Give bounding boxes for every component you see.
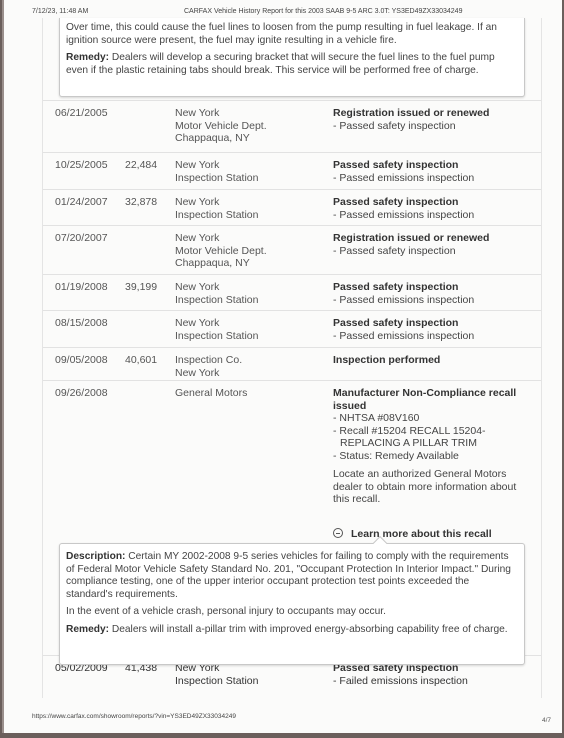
record-source: New YorkInspection Station — [175, 196, 258, 221]
source-line: New York — [175, 281, 258, 294]
callout-consequence: In the event of a vehicle crash, persona… — [66, 606, 518, 619]
history-record-row: 10/25/200522,484New YorkInspection Stati… — [43, 152, 541, 189]
record-detail-item: - Failed emissions inspection — [333, 675, 533, 688]
report-page: 7/12/23, 11:48 AM CARFAX Vehicle History… — [2, 0, 562, 733]
record-title: Passed safety inspection — [333, 281, 533, 294]
record-details: Passed safety inspection- Passed emissio… — [333, 159, 533, 184]
source-line: Inspection Co. — [175, 354, 242, 367]
record-date: 09/05/2008 — [55, 354, 108, 367]
record-detail-item: - Passed emissions inspection — [333, 209, 533, 222]
source-line: Motor Vehicle Dept. — [175, 245, 267, 258]
record-title: Registration issued or renewed — [333, 107, 533, 120]
history-record-row: 01/24/200732,878New YorkInspection Stati… — [43, 189, 541, 225]
record-odometer: 22,484 — [125, 159, 157, 172]
record-date: 10/25/2005 — [55, 159, 108, 172]
record-title: Manufacturer Non-Compliance recall issue… — [333, 387, 533, 412]
callout-remedy: Remedy: Dealers will install a-pillar tr… — [66, 624, 518, 637]
source-line: New York — [175, 232, 267, 245]
record-details: Manufacturer Non-Compliance recall issue… — [333, 387, 533, 506]
history-record-row: 07/20/2007New YorkMotor Vehicle Dept.Cha… — [43, 225, 541, 274]
record-title: Registration issued or renewed — [333, 232, 533, 245]
source-line: New York — [175, 107, 267, 120]
recall-details-callout-fuel: Over time, this could cause the fuel lin… — [59, 18, 525, 97]
record-detail-item: - Passed safety inspection — [333, 245, 533, 258]
source-line: Inspection Station — [175, 209, 258, 222]
callout-description: Description: Certain MY 2002-2008 9-5 se… — [66, 551, 518, 601]
record-detail-item: - Passed emissions inspection — [333, 172, 533, 185]
record-detail-item: - Passed emissions inspection — [333, 330, 533, 343]
source-line: Inspection Station — [175, 675, 258, 688]
history-table: Over time, this could cause the fuel lin… — [42, 18, 542, 698]
print-title: CARFAX Vehicle History Report for this 2… — [184, 8, 462, 15]
source-line: New York — [175, 367, 242, 380]
record-date: 08/15/2008 — [55, 317, 108, 330]
source-line: Motor Vehicle Dept. — [175, 120, 267, 133]
record-source: New YorkInspection Station — [175, 281, 258, 306]
print-datetime: 7/12/23, 11:48 AM — [32, 8, 88, 15]
history-record-row: 09/26/2008General MotorsManufacturer Non… — [43, 380, 541, 550]
record-details: Passed safety inspection- Passed emissio… — [333, 317, 533, 342]
page-number: 4/7 — [542, 717, 551, 724]
record-source: New YorkInspection Station — [175, 159, 258, 184]
record-title: Passed safety inspection — [333, 159, 533, 172]
record-odometer: 40,601 — [125, 354, 157, 367]
record-odometer: 39,199 — [125, 281, 157, 294]
collapse-minus-icon[interactable] — [333, 528, 343, 538]
source-line: General Motors — [175, 387, 247, 400]
record-detail-item: - Status: Remedy Available — [333, 450, 533, 463]
record-details: Inspection performed — [333, 354, 533, 367]
source-line: Chappaqua, NY — [175, 132, 267, 145]
record-source: Inspection Co.New York — [175, 354, 242, 379]
record-date: 06/21/2005 — [55, 107, 108, 120]
record-source: General Motors — [175, 387, 247, 400]
callout-remedy: Remedy: Dealers will develop a securing … — [66, 52, 518, 77]
record-details: Registration issued or renewed- Passed s… — [333, 107, 533, 132]
record-details: Passed safety inspection- Passed emissio… — [333, 196, 533, 221]
record-date: 09/26/2008 — [55, 387, 108, 400]
learn-more-recall-link[interactable]: Learn more about this recall — [333, 527, 492, 540]
source-line: Inspection Station — [175, 330, 258, 343]
record-details: Registration issued or renewed- Passed s… — [333, 232, 533, 257]
record-title: Inspection performed — [333, 354, 533, 367]
record-note: Locate an authorized General Motors deal… — [333, 468, 533, 506]
record-detail-item: - Recall #15204 RECALL 15204-REPLACING A… — [333, 425, 533, 450]
record-details: Passed safety inspection- Failed emissio… — [333, 662, 533, 687]
record-date: 07/20/2007 — [55, 232, 108, 245]
recall-details-callout-pillar: Description: Certain MY 2002-2008 9-5 se… — [59, 543, 525, 665]
record-source: New YorkInspection Station — [175, 662, 258, 687]
record-detail-item: - Passed safety inspection — [333, 120, 533, 133]
history-record-row: 06/21/2005New YorkMotor Vehicle Dept.Cha… — [43, 100, 541, 152]
record-detail-item: - NHTSA #08V160 — [333, 412, 533, 425]
history-record-row: 08/15/2008New YorkInspection StationPass… — [43, 310, 541, 347]
source-line: Chappaqua, NY — [175, 257, 267, 270]
record-source: New YorkInspection Station — [175, 317, 258, 342]
print-url: https://www.carfax.com/showroom/reports/… — [32, 713, 236, 720]
source-line: New York — [175, 159, 258, 172]
record-date: 01/19/2008 — [55, 281, 108, 294]
record-odometer: 32,878 — [125, 196, 157, 209]
history-record-row: 09/05/200840,601Inspection Co.New YorkIn… — [43, 347, 541, 380]
history-record-row: 01/19/200839,199New YorkInspection Stati… — [43, 274, 541, 310]
source-line: New York — [175, 196, 258, 209]
record-date: 01/24/2007 — [55, 196, 108, 209]
source-line: Inspection Station — [175, 294, 258, 307]
source-line: New York — [175, 317, 258, 330]
source-line: Inspection Station — [175, 172, 258, 185]
record-title: Passed safety inspection — [333, 317, 533, 330]
record-details: Passed safety inspection- Passed emissio… — [333, 281, 533, 306]
record-source: New YorkMotor Vehicle Dept.Chappaqua, NY — [175, 107, 267, 145]
callout-text: Over time, this could cause the fuel lin… — [66, 22, 518, 47]
record-title: Passed safety inspection — [333, 196, 533, 209]
record-source: New YorkMotor Vehicle Dept.Chappaqua, NY — [175, 232, 267, 270]
record-detail-item: - Passed emissions inspection — [333, 294, 533, 307]
